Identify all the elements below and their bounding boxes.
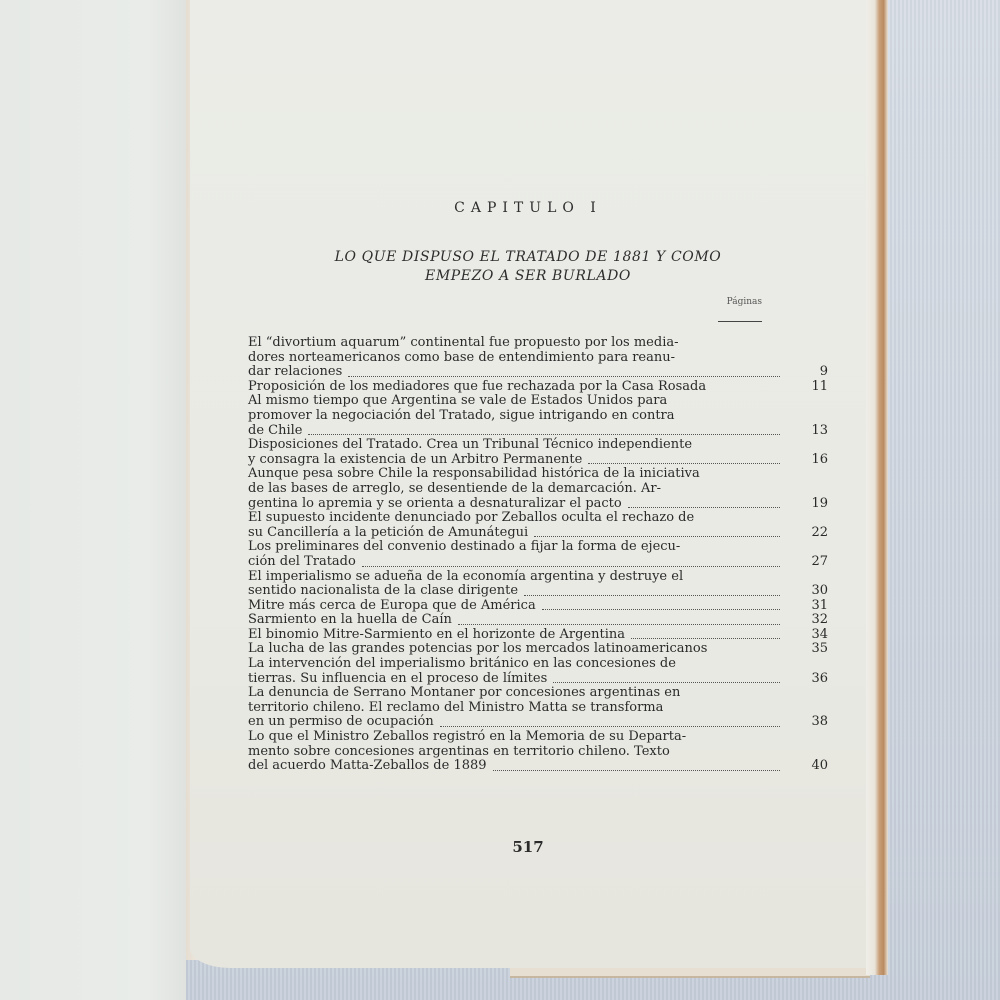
toc-entry-last-line: en un permiso de ocupación	[274, 715, 780, 730]
toc-entry-line: Proposición de los mediadores que fue re…	[274, 380, 706, 395]
toc-page-number: 11	[798, 380, 828, 395]
dot-leader	[588, 462, 780, 464]
toc-page-number: 22	[798, 526, 828, 541]
toc-entry-last-line: sentido nacionalista de la clase dirigen…	[274, 584, 780, 599]
toc-page-number: 32	[798, 613, 828, 628]
toc-entry-line: El imperialismo se adueña de la economía…	[274, 570, 780, 585]
toc-entry-line: El binomio Mitre-Sarmiento en el horizon…	[274, 628, 625, 643]
table-of-contents: El “divortium aquarum” continental fue p…	[248, 336, 780, 774]
dot-leader	[534, 535, 780, 537]
toc-entry-line: Mitre más cerca de Europa que de América	[274, 599, 536, 614]
toc-entry-line: territorio chileno. El reclamo del Minis…	[274, 701, 780, 716]
toc-entry-last-line: ción del Tratado	[274, 555, 780, 570]
toc-entry-line: dores norteamericanos como base de enten…	[274, 351, 780, 366]
toc-entry-last-line: del acuerdo Matta-Zeballos de 1889	[274, 759, 780, 774]
toc-entry-last-line: gentina lo apremia y se orienta a desnat…	[274, 497, 780, 512]
toc-entry-last-line: tierras. Su influencia en el proceso de …	[274, 672, 780, 687]
toc-entry-last-line: dar relaciones	[274, 365, 780, 380]
book-page: CAPITULO I LO QUE DISPUSO EL TRATADO DE …	[190, 0, 866, 968]
toc-entry-line: La lucha de las grandes potencias por lo…	[274, 642, 707, 657]
toc-entry-line: dar relaciones	[274, 365, 342, 380]
toc-entry: Mitre más cerca de Europa que de América…	[248, 599, 780, 614]
toc-entry-line: sentido nacionalista de la clase dirigen…	[274, 584, 518, 599]
page-number: 517	[190, 838, 866, 856]
toc-page-number: 35	[798, 642, 828, 657]
toc-entry: Sarmiento en la huella de Caín32	[248, 613, 780, 628]
dot-leader	[440, 725, 780, 727]
toc-entry-line: Disposiciones del Tratado. Crea un Tribu…	[274, 438, 780, 453]
toc-page-number: 9	[798, 365, 828, 380]
toc-entry: El “divortium aquarum” continental fue p…	[248, 336, 780, 380]
dot-leader	[631, 637, 780, 639]
toc-entry-line: tierras. Su influencia en el proceso de …	[274, 672, 547, 687]
toc-entry: La lucha de las grandes potencias por lo…	[248, 642, 780, 657]
toc-page-number: 31	[798, 599, 828, 614]
toc-entry: Proposición de los mediadores que fue re…	[248, 380, 780, 395]
toc-entry-last-line: su Cancillería a la petición de Amunáteg…	[274, 526, 780, 541]
dot-leader	[553, 681, 780, 683]
dot-leader	[308, 433, 780, 435]
toc-page-number: 13	[798, 424, 828, 439]
toc-entry: El supuesto incidente denunciado por Zeb…	[248, 511, 780, 540]
toc-entry-line: de las bases de arreglo, se desentiende …	[274, 482, 780, 497]
toc-entry-line: La denuncia de Serrano Montaner por conc…	[274, 686, 780, 701]
toc-entry-line: en un permiso de ocupación	[274, 715, 434, 730]
toc-entry-last-line: Mitre más cerca de Europa que de América	[274, 599, 780, 614]
dot-leader	[628, 506, 780, 508]
toc-entry-line: El “divortium aquarum” continental fue p…	[274, 336, 780, 351]
toc-page-number: 19	[798, 497, 828, 512]
toc-entry-line: El supuesto incidente denunciado por Zeb…	[274, 511, 780, 526]
toc-entry-line: de Chile	[274, 424, 302, 439]
dot-leader	[542, 608, 780, 610]
toc-page-number: 30	[798, 584, 828, 599]
toc-entry: El imperialismo se adueña de la economía…	[248, 570, 780, 599]
toc-entry: El binomio Mitre-Sarmiento en el horizon…	[248, 628, 780, 643]
toc-entry: Disposiciones del Tratado. Crea un Tribu…	[248, 438, 780, 467]
toc-entry-line: del acuerdo Matta-Zeballos de 1889	[274, 759, 487, 774]
toc-entry-line: promover la negociación del Tratado, sig…	[274, 409, 780, 424]
toc-entry-line: Sarmiento en la huella de Caín	[274, 613, 452, 628]
left-page	[0, 0, 186, 1000]
toc-page-number: 40	[798, 759, 828, 774]
toc-page-number: 38	[798, 715, 828, 730]
toc-entry-last-line: Proposición de los mediadores que fue re…	[274, 380, 780, 395]
dot-leader	[348, 375, 780, 377]
dot-leader	[493, 769, 780, 771]
dot-leader	[458, 623, 780, 625]
cover-right-edge	[866, 0, 888, 975]
toc-entry-line: y consagra la existencia de un Arbitro P…	[274, 453, 582, 468]
toc-entry-line: Al mismo tiempo que Argentina se vale de…	[274, 394, 780, 409]
chapter-title: LO QUE DISPUSO EL TRATADO DE 1881 Y COMO…	[190, 248, 866, 286]
toc-entry-line: Los preliminares del convenio destinado …	[274, 540, 780, 555]
dot-leader	[362, 565, 780, 567]
toc-entry: Al mismo tiempo que Argentina se vale de…	[248, 394, 780, 438]
toc-entry: La denuncia de Serrano Montaner por conc…	[248, 686, 780, 730]
toc-page-number: 34	[798, 628, 828, 643]
toc-page-number: 36	[798, 672, 828, 687]
chapter-title-line: LO QUE DISPUSO EL TRATADO DE 1881 Y COMO	[190, 248, 866, 267]
toc-entry-line: gentina lo apremia y se orienta a desnat…	[274, 497, 622, 512]
chapter-title-line: EMPEZO A SER BURLADO	[190, 267, 866, 286]
toc-page-number: 27	[798, 555, 828, 570]
toc-entry-line: La intervención del imperialismo británi…	[274, 657, 780, 672]
toc-entry: Los preliminares del convenio destinado …	[248, 540, 780, 569]
toc-entry-line: Lo que el Ministro Zeballos registró en …	[274, 730, 780, 745]
toc-entry-last-line: El binomio Mitre-Sarmiento en el horizon…	[274, 628, 780, 643]
dot-leader	[524, 594, 780, 596]
pages-label-rule	[718, 321, 762, 322]
toc-entry: Aunque pesa sobre Chile la responsabilid…	[248, 467, 780, 511]
toc-entry: La intervención del imperialismo británi…	[248, 657, 780, 686]
toc-entry-line: su Cancillería a la petición de Amunáteg…	[274, 526, 528, 541]
toc-entry-last-line: La lucha de las grandes potencias por lo…	[274, 642, 780, 657]
pages-column-label: Páginas	[727, 297, 762, 307]
toc-page-number: 16	[798, 453, 828, 468]
toc-entry-line: ción del Tratado	[274, 555, 356, 570]
toc-entry-line: mento sobre concesiones argentinas en te…	[274, 745, 780, 760]
chapter-heading: CAPITULO I	[190, 200, 866, 216]
toc-entry-last-line: Sarmiento en la huella de Caín	[274, 613, 780, 628]
toc-entry-last-line: de Chile	[274, 424, 780, 439]
toc-entry-line: Aunque pesa sobre Chile la responsabilid…	[274, 467, 780, 482]
toc-entry-last-line: y consagra la existencia de un Arbitro P…	[274, 453, 780, 468]
toc-entry: Lo que el Ministro Zeballos registró en …	[248, 730, 780, 774]
